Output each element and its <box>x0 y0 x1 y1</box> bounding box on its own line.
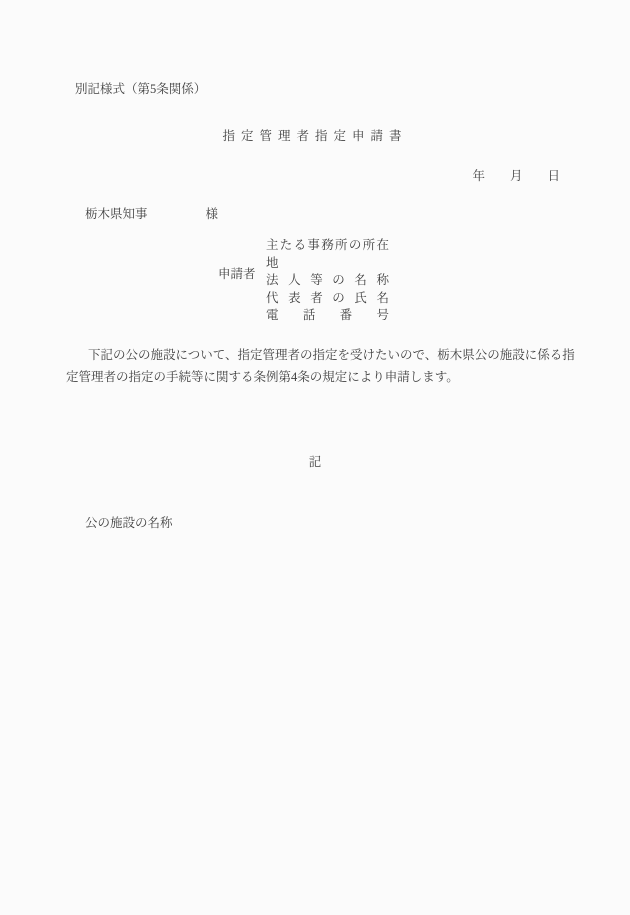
application-form-page: 別記様式（第5条関係） 指定管理者指定申請書 年 月 日 栃木県知事 様 申請者… <box>0 0 630 915</box>
record-marker: 記 <box>0 452 630 470</box>
body-paragraph: 下記の公の施設について、指定管理者の指定を受けたいので、栃木県公の施設に係る指 … <box>66 344 578 388</box>
applicant-field-corporation-name: 法 人 等 の 名 称 <box>266 272 389 290</box>
applicant-label: 申請者 <box>218 264 256 282</box>
addressee-line: 栃木県知事 様 <box>85 204 218 222</box>
form-reference-label: 別記様式（第5条関係） <box>75 79 206 97</box>
applicant-field-representative-name: 代 表 者 の 氏 名 <box>266 290 389 308</box>
body-paragraph-line-2: 定管理者の指定の手続等に関する条例第4条の規定により申請します。 <box>66 366 578 388</box>
document-title: 指定管理者指定申請書 <box>0 126 630 144</box>
facility-name-label: 公の施設の名称 <box>85 513 173 531</box>
applicant-fields: 主たる事務所の所在地 法 人 等 の 名 称 代 表 者 の 氏 名 電 話 番… <box>266 237 389 325</box>
date-line: 年 月 日 <box>472 166 560 184</box>
applicant-field-office-address: 主たる事務所の所在地 <box>266 237 389 272</box>
body-paragraph-line-1: 下記の公の施設について、指定管理者の指定を受けたいので、栃木県公の施設に係る指 <box>66 344 578 366</box>
addressee-honorific: 様 <box>206 204 219 222</box>
addressee-name: 栃木県知事 <box>85 204 148 222</box>
applicant-field-phone-number: 電 話 番 号 <box>266 307 389 325</box>
